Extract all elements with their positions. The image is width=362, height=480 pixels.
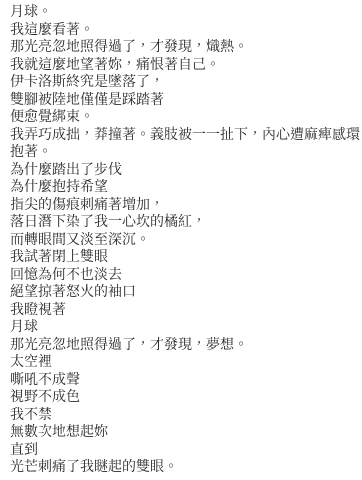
text-line: 絕望掠著怒火的袖口	[10, 284, 360, 302]
text-line: 為什麼踏出了步伐	[10, 162, 360, 180]
text-line: 落日潛下染了我一心坎的橘紅，	[10, 214, 360, 232]
text-line: 我這麼看著。	[10, 22, 360, 40]
text-line: 無數次地想起妳	[10, 424, 360, 442]
text-line: 雙腳被陸地僅僅是踩踏著	[10, 92, 360, 110]
text-line: 我弄巧成拙，莽撞著。義肢被一一扯下，內心遭麻痺感環抱著。	[10, 127, 360, 162]
text-line: 我就這麼地望著妳，痛恨著自己。	[10, 57, 360, 75]
text-line: 直到	[10, 442, 360, 460]
text-line: 回憶為何不也淡去	[10, 267, 360, 285]
text-line: 為什麼抱持希望	[10, 179, 360, 197]
text-line: 我瞪視著	[10, 302, 360, 320]
text-line: 指尖的傷痕刺痛著增加，	[10, 197, 360, 215]
text-line: 太空裡	[10, 354, 360, 372]
text-line: 月球。	[10, 4, 360, 22]
text-line: 那光亮忽地照得過了，才發現，夢想。	[10, 337, 360, 355]
lyrics-document: 月球。 我這麼看著。 那光亮忽地照得過了，才發現，熾熱。 我就這麼地望著妳，痛恨…	[0, 0, 362, 477]
text-line: 而轉眼間又淡至深沉。	[10, 232, 360, 250]
text-line: 嘶吼不成聲	[10, 372, 360, 390]
text-line: 那光亮忽地照得過了，才發現，熾熱。	[10, 39, 360, 57]
text-line: 光芒刺痛了我瞇起的雙眼。	[10, 459, 360, 477]
text-line: 視野不成色	[10, 389, 360, 407]
text-line: 月球	[10, 319, 360, 337]
text-line: 便愈覺綁束。	[10, 109, 360, 127]
text-line: 伊卡洛斯終究是墜落了，	[10, 74, 360, 92]
text-line: 我試著閉上雙眼	[10, 249, 360, 267]
text-line: 我不禁	[10, 407, 360, 425]
